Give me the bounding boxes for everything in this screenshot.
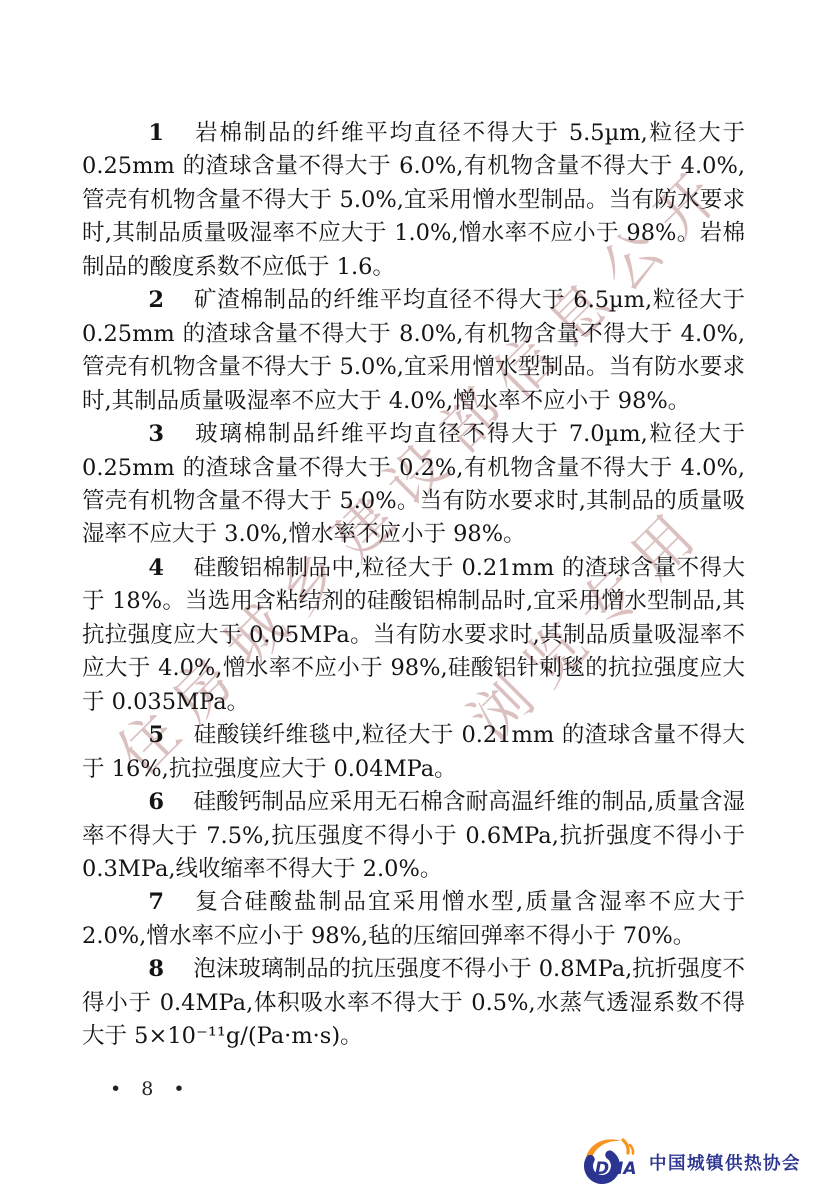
item-text: 泡沫玻璃制品的抗压强度不得小于 0.8MPa,抗折强度不得小于 0.4MPa,体…: [82, 956, 745, 1049]
spec-item-1: 1岩棉制品的纤维平均直径不得大于 5.5µm,粒径大于 0.25mm 的渣球含量…: [82, 117, 745, 284]
association-name: 中国城镇供热协会: [649, 1146, 801, 1174]
item-text: 硅酸镁纤维毯中,粒径大于 0.21mm 的渣球含量不得大于 16%,抗拉强度应大…: [82, 722, 745, 781]
spec-item-5: 5硅酸镁纤维毯中,粒径大于 0.21mm 的渣球含量不得大于 16%,抗拉强度应…: [82, 719, 745, 786]
item-number: 1: [148, 120, 164, 146]
body-text: 1岩棉制品的纤维平均直径不得大于 5.5µm,粒径大于 0.25mm 的渣球含量…: [82, 117, 745, 1054]
spec-item-7: 7复合硅酸盐制品宜采用憎水型,质量含湿率不应大于 2.0%,憎水率不应小于 98…: [82, 886, 745, 953]
item-number: 2: [148, 287, 164, 313]
logo-arc-icon-small: [630, 1145, 633, 1154]
item-text: 玻璃棉制品纤维平均直径不得大于 7.0µm,粒径大于 0.25mm 的渣球含量不…: [82, 421, 745, 547]
item-text: 硅酸铝棉制品中,粒径大于 0.21mm 的渣球含量不得大于 18%。当选用含粘结…: [82, 555, 745, 715]
item-text: 复合硅酸盐制品宜采用憎水型,质量含湿率不应大于 2.0%,憎水率不应小于 98%…: [82, 889, 745, 948]
dha-logo-icon: DHA: [579, 1136, 641, 1184]
spec-item-6: 6硅酸钙制品应采用无石棉含耐高温纤维的制品,质量含湿率不得大于 7.5%,抗压强…: [82, 786, 745, 886]
page-number: • 8 •: [110, 1078, 192, 1100]
spec-item-3: 3玻璃棉制品纤维平均直径不得大于 7.0µm,粒径大于 0.25mm 的渣球含量…: [82, 418, 745, 552]
item-number: 7: [148, 889, 164, 915]
item-number: 6: [148, 789, 164, 815]
item-number: 5: [148, 722, 164, 748]
item-number: 4: [148, 555, 164, 581]
spec-item-8: 8泡沫玻璃制品的抗压强度不得小于 0.8MPa,抗折强度不得小于 0.4MPa,…: [82, 953, 745, 1053]
logo-arc-icon: [623, 1140, 628, 1153]
item-number: 3: [148, 421, 164, 447]
logo-abbr: DHA: [595, 1159, 637, 1179]
item-text: 矿渣棉制品的纤维平均直径不得大于 6.5µm,粒径大于 0.25mm 的渣球含量…: [82, 287, 745, 413]
association-logo: DHA 中国城镇供热协会: [579, 1136, 801, 1184]
item-number: 8: [148, 956, 164, 982]
item-text: 硅酸钙制品应采用无石棉含耐高温纤维的制品,质量含湿率不得大于 7.5%,抗压强度…: [82, 789, 745, 882]
item-text: 岩棉制品的纤维平均直径不得大于 5.5µm,粒径大于 0.25mm 的渣球含量不…: [82, 120, 745, 280]
spec-item-4: 4硅酸铝棉制品中,粒径大于 0.21mm 的渣球含量不得大于 18%。当选用含粘…: [82, 552, 745, 719]
spec-item-2: 2矿渣棉制品的纤维平均直径不得大于 6.5µm,粒径大于 0.25mm 的渣球含…: [82, 284, 745, 418]
